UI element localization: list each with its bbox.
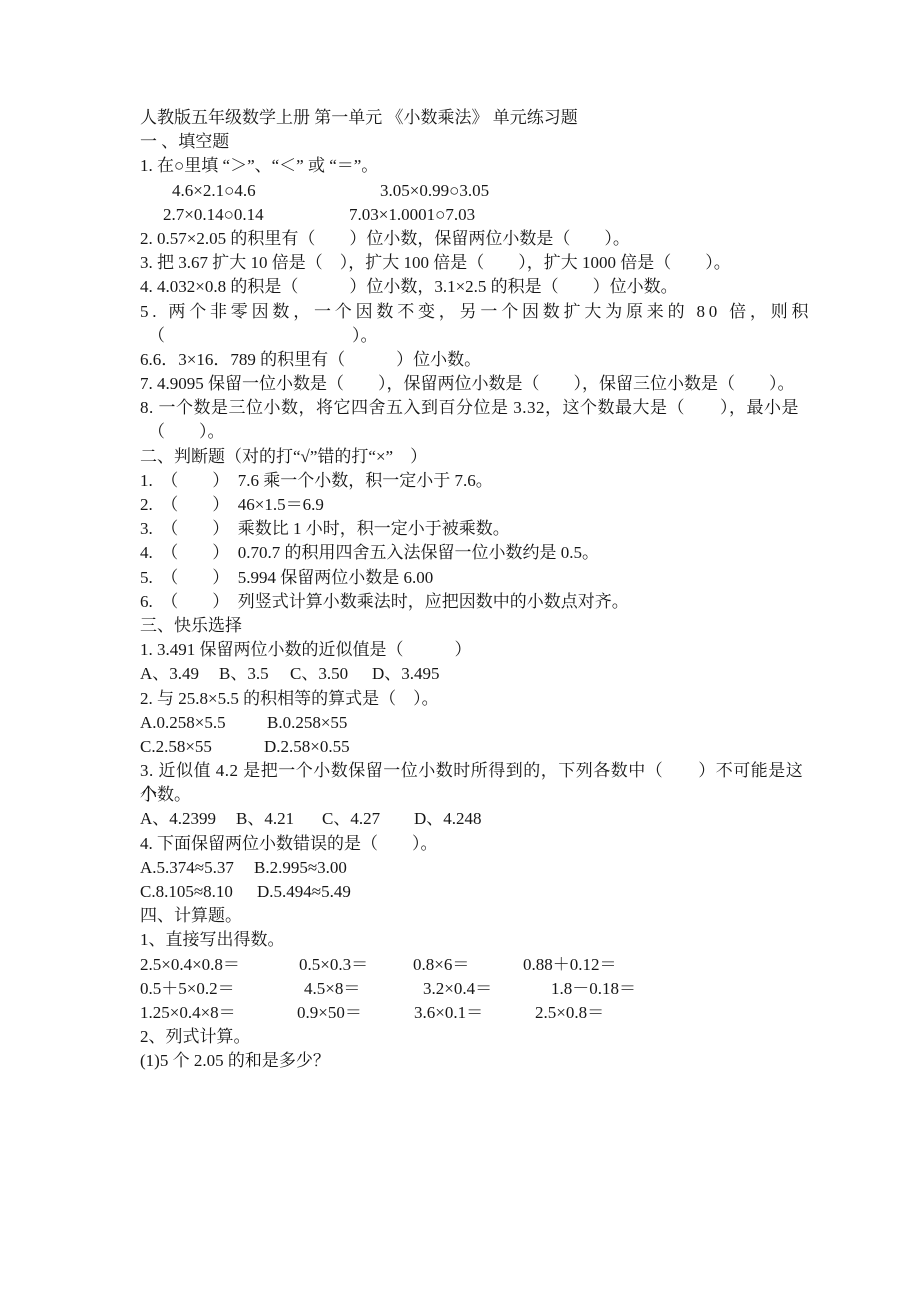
option-b: B、3.5 bbox=[219, 662, 269, 686]
math-expression: 1.8－0.18＝ bbox=[551, 977, 636, 1001]
option-b: B.0.258×55 bbox=[267, 711, 347, 735]
math-expression: 0.5＋5×0.2＝ bbox=[140, 977, 235, 1001]
fill-q1-compare-row-1: 4.6×2.1○4.6 3.05×0.99○3.05 bbox=[140, 179, 816, 203]
math-expression: 2.5×0.8＝ bbox=[535, 1001, 604, 1025]
option-a: A.0.258×5.5 bbox=[140, 711, 226, 735]
choice-q2-options-row-1: A.0.258×5.5 B.0.258×55 bbox=[140, 711, 816, 735]
calc-part2-label: 2、列式计算。 bbox=[140, 1025, 816, 1049]
option-d: D.2.58×0.55 bbox=[264, 735, 350, 759]
judge-item-5: 5. （ ） 5.994 保留两位小数是 6.00 bbox=[140, 566, 816, 590]
fill-q8-answer-blank: （ ）。 bbox=[140, 420, 816, 444]
fill-q2: 2. 0.57×2.05 的积里有（ ）位小数，保留两位小数是（ ）。 bbox=[140, 227, 816, 251]
mental-math-row-1: 2.5×0.4×0.8＝ 0.5×0.3＝ 0.8×6＝ 0.88＋0.12＝ bbox=[140, 953, 816, 977]
judge-item-4: 4. （ ） 0.70.7 的积用四舍五入法保留一位小数约是 0.5。 bbox=[140, 541, 816, 565]
math-expression: 3.2×0.4＝ bbox=[423, 977, 492, 1001]
math-expression: 0.9×50＝ bbox=[297, 1001, 362, 1025]
judge-item-3: 3. （ ） 乘数比 1 小时，积一定小于被乘数。 bbox=[140, 517, 816, 541]
fill-q4: 4. 4.032×0.8 的积是（ ）位小数，3.1×2.5 的积是（ ）位小数… bbox=[140, 275, 816, 299]
math-expression: 2.5×0.4×0.8＝ bbox=[140, 953, 240, 977]
fill-q3: 3. 把 3.67 扩大 10 倍是（ ），扩大 100 倍是（ ），扩大 10… bbox=[140, 251, 816, 275]
judge-item-6: 6. （ ） 列竖式计算小数乘法时，应把因数中的小数点对齐。 bbox=[140, 590, 816, 614]
option-a: A.5.374≈5.37 bbox=[140, 856, 234, 880]
choice-q1-prompt: 1. 3.491 保留两位小数的近似值是（ ） bbox=[140, 638, 816, 662]
option-c: C.2.58×55 bbox=[140, 735, 212, 759]
option-d: D、4.248 bbox=[414, 807, 482, 831]
option-c: C、4.27 bbox=[322, 807, 380, 831]
fill-q5-line-1: 5. 两个非零因数，一个因数不变，另一个因数扩大为原来的 80 倍，则积 bbox=[140, 300, 816, 324]
section-1-heading: 一 、填空题 bbox=[140, 130, 816, 154]
choice-q4-prompt: 4. 下面保留两位小数错误的是（ ）。 bbox=[140, 832, 816, 856]
section-4-heading: 四、计算题。 bbox=[140, 904, 816, 928]
math-expression: 3.6×0.1＝ bbox=[414, 1001, 483, 1025]
choice-q2-options-row-2: C.2.58×55 D.2.58×0.55 bbox=[140, 735, 816, 759]
option-b: B、4.21 bbox=[236, 807, 294, 831]
worksheet-body: 人教版五年级数学上册 第一单元 《小数乘法》 单元练习题 一 、填空题 1. 在… bbox=[140, 106, 816, 1074]
math-expression: 4.5×8＝ bbox=[304, 977, 360, 1001]
worksheet-title: 人教版五年级数学上册 第一单元 《小数乘法》 单元练习题 bbox=[140, 106, 816, 130]
compare-expression: 3.05×0.99○3.05 bbox=[380, 179, 489, 203]
choice-q1-options-row: A、3.49 B、3.5 C、3.50 D、3.495 bbox=[140, 662, 816, 686]
choice-q2-prompt: 2. 与 25.8×5.5 的积相等的算式是（ ）。 bbox=[140, 687, 816, 711]
math-expression: 0.88＋0.12＝ bbox=[523, 953, 617, 977]
option-a: A、4.2399 bbox=[140, 807, 216, 831]
section-2-heading: 二、判断题（对的打“√”错的打“×” ） bbox=[140, 445, 816, 469]
choice-q4-options-row-1: A.5.374≈5.37 B.2.995≈3.00 bbox=[140, 856, 816, 880]
calc-part1-label: 1、直接写出得数。 bbox=[140, 928, 816, 952]
option-b: B.2.995≈3.00 bbox=[254, 856, 347, 880]
option-a: A、3.49 bbox=[140, 662, 199, 686]
fill-q1-compare-row-2: 2.7×0.14○0.14 7.03×1.0001○7.03 bbox=[140, 203, 816, 227]
choice-q4-options-row-2: C.8.105≈8.10 D.5.494≈5.49 bbox=[140, 880, 816, 904]
compare-expression: 2.7×0.14○0.14 bbox=[163, 203, 264, 227]
fill-q7: 7. 4.9095 保留一位小数是（ ），保留两位小数是（ ），保留三位小数是（… bbox=[140, 372, 816, 396]
choice-q3-options-row: A、4.2399 B、4.21 C、4.27 D、4.248 bbox=[140, 807, 816, 831]
option-c: C.8.105≈8.10 bbox=[140, 880, 233, 904]
fill-q5-answer-blank: （ ）。 bbox=[140, 324, 816, 348]
judge-item-1: 1. （ ） 7.6 乘一个小数，积一定小于 7.6。 bbox=[140, 469, 816, 493]
choice-q3-prompt-line-1: 3. 近似值 4.2 是把一个小数保留一位小数时所得到的，下列各数中（ ）不可能… bbox=[140, 759, 816, 783]
math-expression: 1.25×0.4×8＝ bbox=[140, 1001, 236, 1025]
compare-expression: 7.03×1.0001○7.03 bbox=[349, 203, 475, 227]
math-expression: 0.5×0.3＝ bbox=[299, 953, 368, 977]
fill-q1-prompt: 1. 在○里填 “＞”、“＜” 或 “＝”。 bbox=[140, 154, 816, 178]
option-d: D、3.495 bbox=[372, 662, 440, 686]
choice-q3-prompt-line-2: 小数。 bbox=[140, 783, 816, 807]
calc-part2-question-1: (1)5 个 2.05 的和是多少？ bbox=[140, 1049, 816, 1073]
mental-math-row-2: 0.5＋5×0.2＝ 4.5×8＝ 3.2×0.4＝ 1.8－0.18＝ bbox=[140, 977, 816, 1001]
mental-math-row-3: 1.25×0.4×8＝ 0.9×50＝ 3.6×0.1＝ 2.5×0.8＝ bbox=[140, 1001, 816, 1025]
option-c: C、3.50 bbox=[290, 662, 348, 686]
math-expression: 0.8×6＝ bbox=[413, 953, 469, 977]
option-d: D.5.494≈5.49 bbox=[257, 880, 351, 904]
fill-q6: 6.6．3×16．789 的积里有（ ）位小数。 bbox=[140, 348, 816, 372]
compare-expression: 4.6×2.1○4.6 bbox=[172, 179, 256, 203]
judge-item-2: 2. （ ） 46×1.5＝6.9 bbox=[140, 493, 816, 517]
worksheet-page: 人教版五年级数学上册 第一单元 《小数乘法》 单元练习题 一 、填空题 1. 在… bbox=[0, 0, 920, 1302]
section-3-heading: 三、快乐选择 bbox=[140, 614, 816, 638]
fill-q8-line-1: 8. 一个数是三位小数，将它四舍五入到百分位是 3.32，这个数最大是（ ），最… bbox=[140, 396, 816, 420]
